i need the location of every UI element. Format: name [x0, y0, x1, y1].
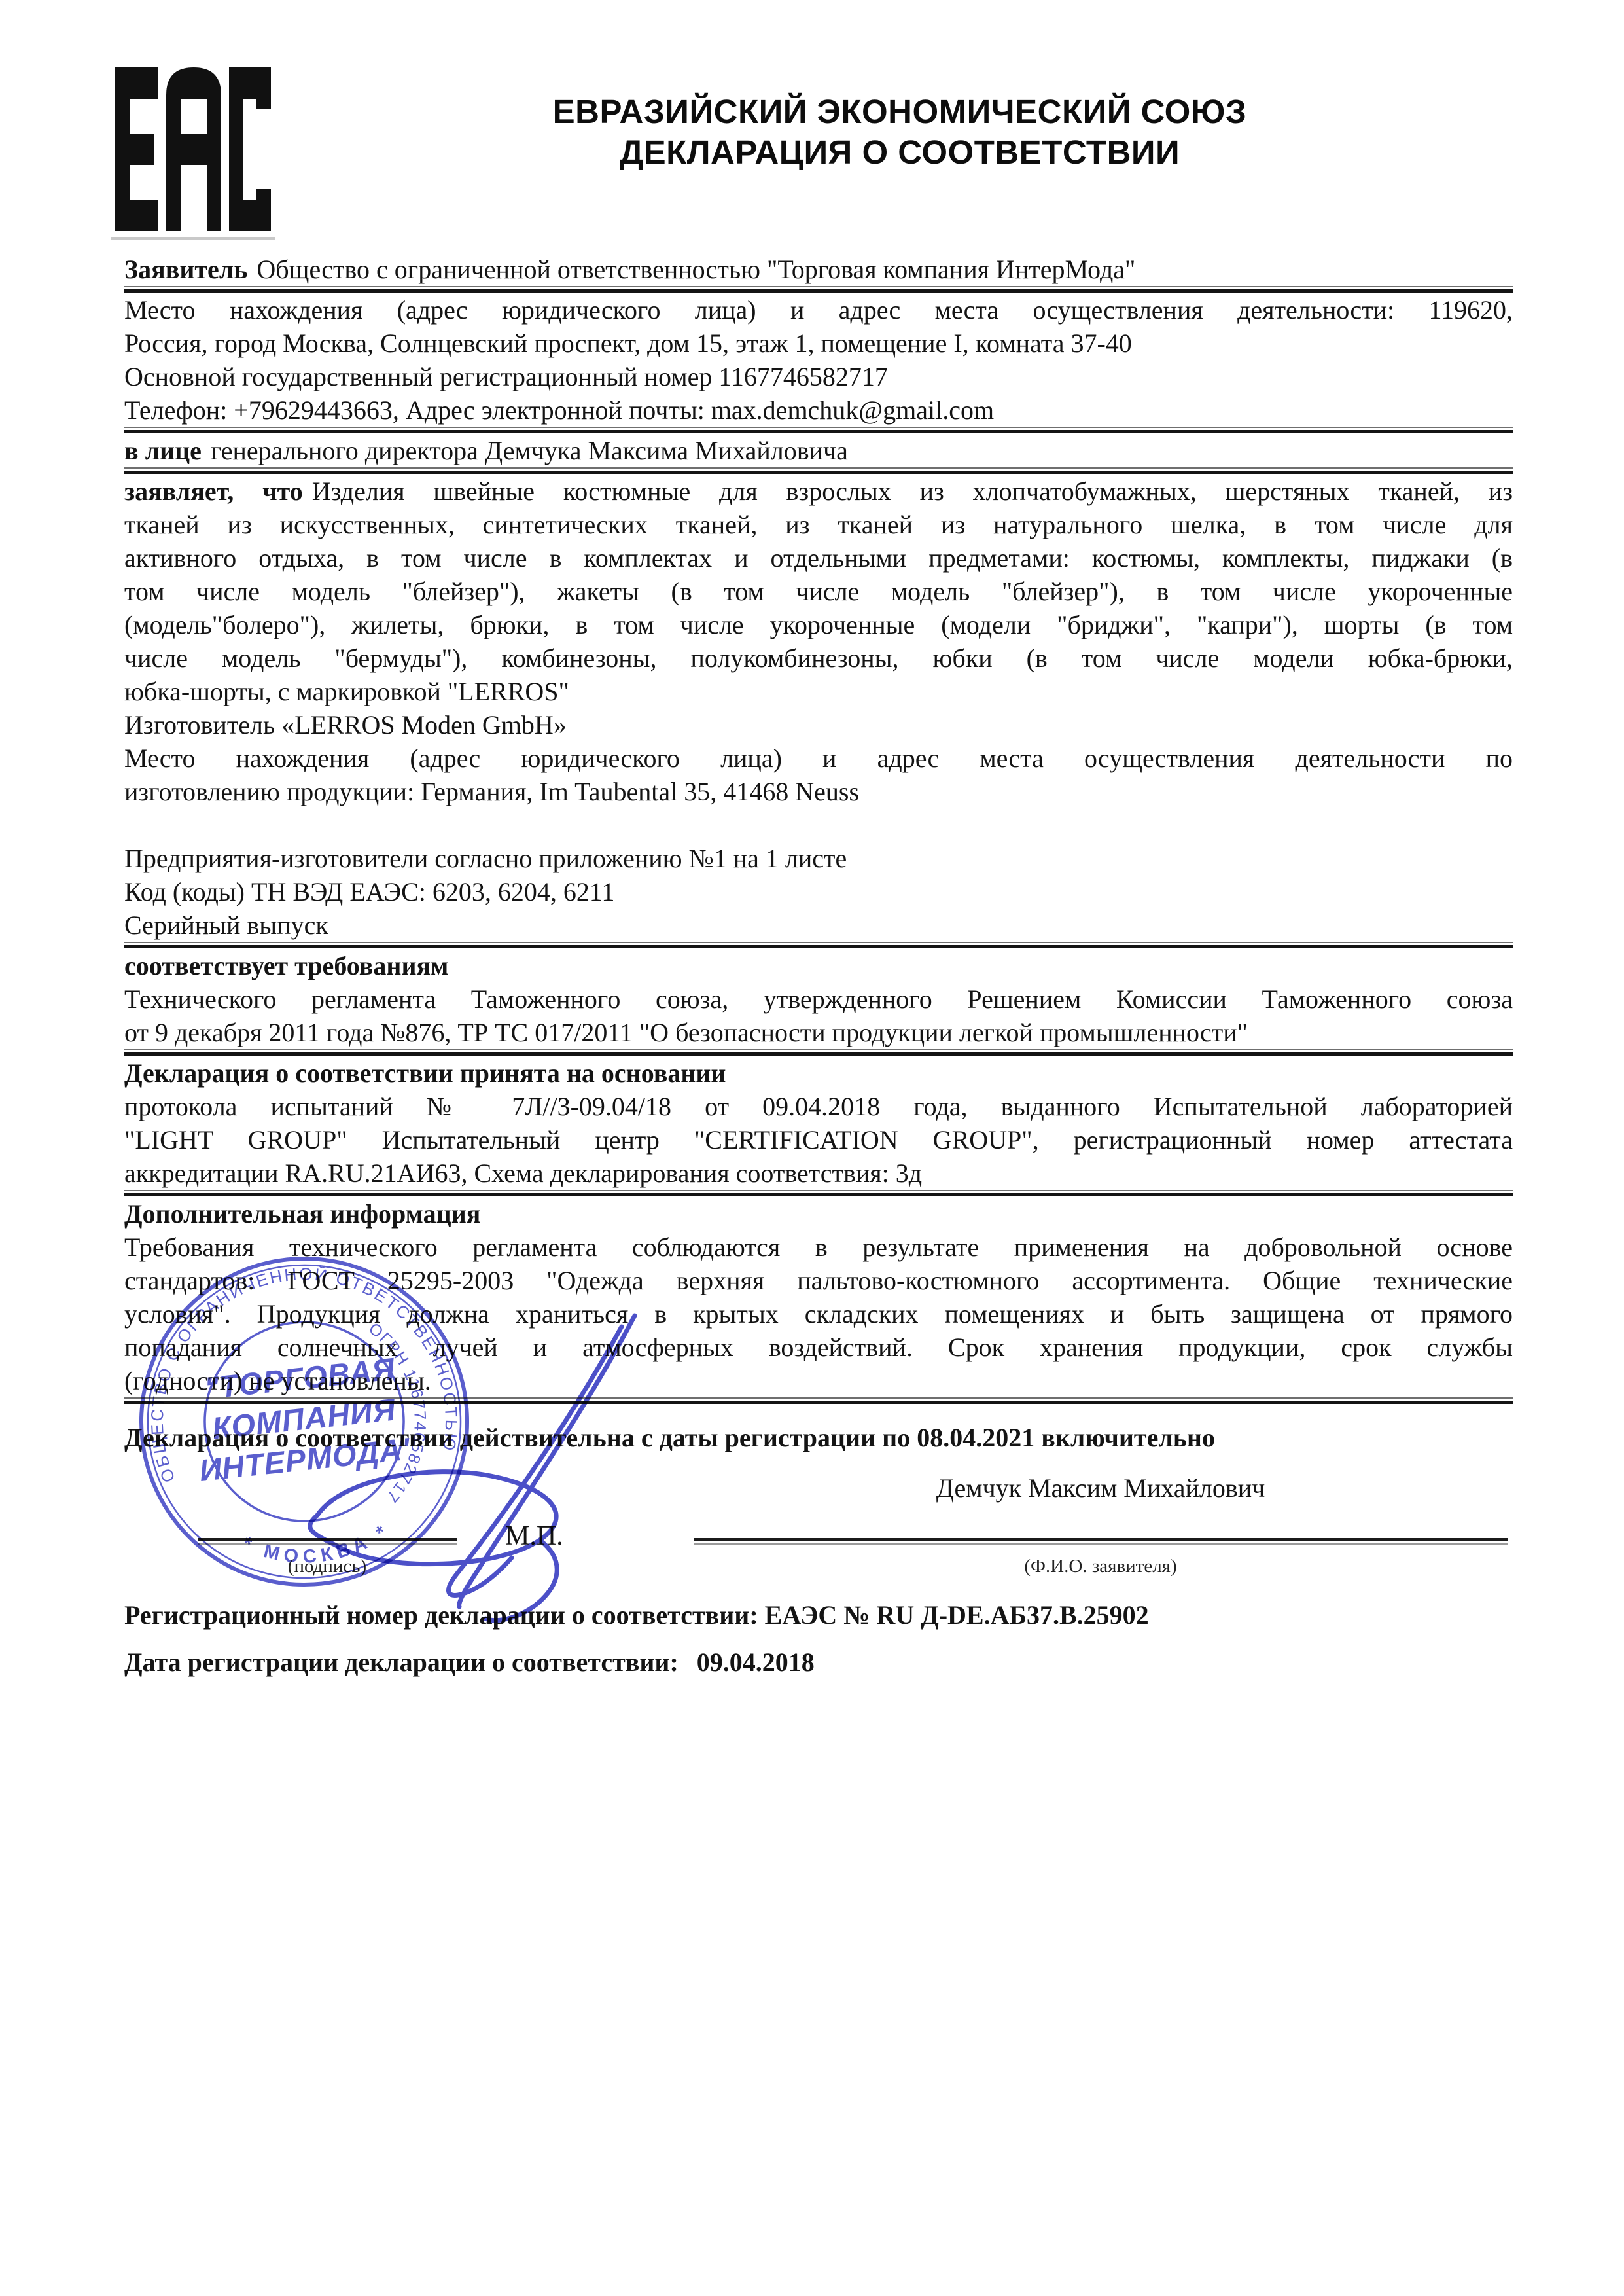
applicant-label: Заявитель [124, 255, 247, 284]
applicant-line: ЗаявительОбщество с ограниченной ответст… [124, 253, 1513, 286]
basis-line: "LIGHT GROUP" Испытательный центр "CERTI… [124, 1123, 1513, 1157]
applicant-address-line: Место нахождения (адрес юридического лиц… [124, 293, 1513, 327]
section-divider [124, 1190, 1513, 1196]
eac-letter-c [229, 67, 271, 231]
basis-heading: Декларация о соответствии принята на осн… [124, 1056, 1513, 1090]
eac-letter-e [115, 67, 158, 231]
section-divider [124, 1049, 1513, 1056]
applicant-ogrn-line: Основной государственный регистрационный… [124, 360, 1513, 393]
eac-mark-icon [115, 67, 271, 232]
applicant-contacts-line: Телефон: +79629443663, Адрес электронной… [124, 393, 1513, 427]
basis-line: аккредитации RA.RU.21АИ63, Схема деклари… [124, 1157, 1513, 1190]
document-title: ЕВРАЗИЙСКИЙ ЭКОНОМИЧЕСКИЙ СОЮЗ ДЕКЛАРАЦИ… [406, 92, 1394, 173]
product-line: числе модель "бермуды"), комбинезоны, по… [124, 641, 1513, 675]
eac-mark-underline [111, 237, 275, 240]
basis-line: протокола испытаний № 7Л//З-09.04/18 от … [124, 1090, 1513, 1123]
plants-line: Предприятия-изготовители согласно прилож… [124, 842, 1513, 875]
representative-value: генерального директора Демчука Максима М… [211, 436, 848, 465]
product-line: том числе модель "блейзер"), жакеты (в т… [124, 575, 1513, 608]
additional-info-heading: Дополнительная информация [124, 1197, 1513, 1230]
section-divider [124, 467, 1513, 474]
serial-line: Серийный выпуск [124, 908, 1513, 942]
declares-label: заявляет, что [124, 476, 303, 506]
product-line: активного отдыха, в том числе в комплект… [124, 541, 1513, 575]
declares-line: заявляет, чтоИзделия швейные костюмные д… [124, 475, 1513, 508]
section-divider [124, 286, 1513, 293]
representative-line: в лицегенерального директора Демчука Мак… [124, 434, 1513, 467]
conformity-heading: соответствует требованиям [124, 949, 1513, 982]
conformity-line: от 9 декабря 2011 года №876, ТР ТС 017/2… [124, 1016, 1513, 1049]
blank-line [124, 808, 1513, 842]
declaration-document-page: ЕВРАЗИЙСКИЙ ЭКОНОМИЧЕСКИЙ СОЮЗ ДЕКЛАРАЦИ… [0, 0, 1624, 2296]
applicant-address-line: Россия, город Москва, Солнцевский проспе… [124, 327, 1513, 360]
conformity-line: Технического регламента Таможенного союз… [124, 982, 1513, 1016]
eac-letter-a [166, 67, 221, 231]
declares-value: Изделия швейные костюмные для взрослых и… [312, 476, 1513, 506]
product-line: (модель"болеро"), жилеты, брюки, в том ч… [124, 608, 1513, 641]
product-line: юбка-шорты, с маркировкой "LERROS" [124, 675, 1513, 708]
manufacturer-address-line: изготовлению продукции: Германия, Im Tau… [124, 775, 1513, 808]
title-line-union: ЕВРАЗИЙСКИЙ ЭКОНОМИЧЕСКИЙ СОЮЗ [406, 92, 1394, 132]
tnved-code-line: Код (коды) ТН ВЭД ЕАЭС: 6203, 6204, 6211 [124, 875, 1513, 908]
representative-label: в лице [124, 436, 202, 465]
manufacturer-address-line: Место нахождения (адрес юридического лиц… [124, 742, 1513, 775]
manufacturer-line: Изготовитель «LERROS Moden GmbH» [124, 708, 1513, 742]
applicant-value: Общество с ограниченной ответственностью… [256, 255, 1135, 284]
section-divider [124, 427, 1513, 433]
section-divider [124, 942, 1513, 948]
signature-strokes [310, 1316, 635, 1621]
handwritten-signature [281, 1299, 870, 1666]
product-line: тканей из искусственных, синтетических т… [124, 508, 1513, 541]
title-line-declaration: ДЕКЛАРАЦИЯ О СООТВЕТСТВИИ [406, 132, 1394, 173]
